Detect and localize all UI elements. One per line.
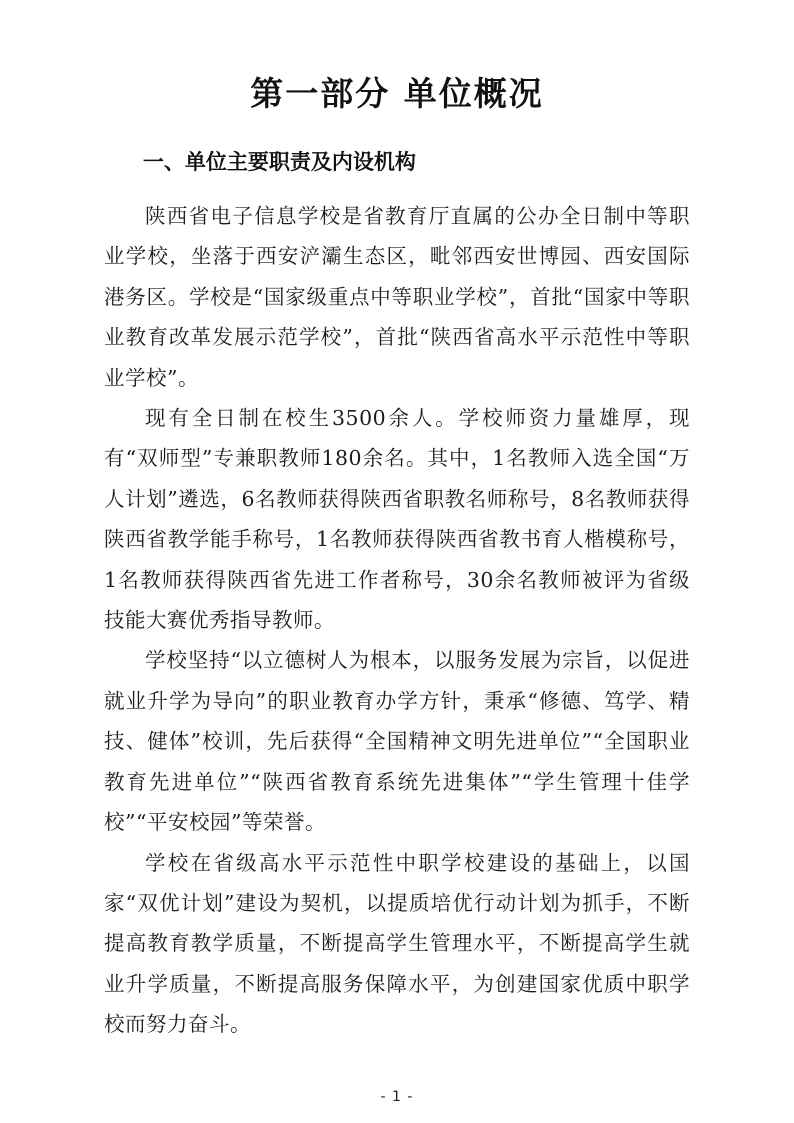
paragraph-development-goals: 学校在省级高水平示范性中职学校建设的基础上，以国家“双优计划”建设为契机，以提质… [104, 843, 690, 1045]
page-number: - 1 - [0, 1089, 794, 1105]
section-heading: 一、单位主要职责及内设机构 [104, 149, 690, 175]
paragraph-honors: 学校坚持“以立德树人为根本，以服务发展为宗旨，以促进就业升学为导向”的职业教育办… [104, 640, 690, 842]
page-content: 第一部分 单位概况 一、单位主要职责及内设机构 陕西省电子信息学校是省教育厅直属… [104, 72, 690, 1045]
body-text: 陕西省电子信息学校是省教育厅直属的公办全日制中等职业学校，坐落于西安浐灞生态区，… [104, 196, 690, 1045]
paragraph-students-teachers: 现有全日制在校生3500余人。学校师资力量雄厚，现有“双师型”专兼职教师180余… [104, 398, 690, 640]
document-title: 第一部分 单位概况 [104, 72, 690, 116]
document-page: 第一部分 单位概况 一、单位主要职责及内设机构 陕西省电子信息学校是省教育厅直属… [0, 0, 794, 1123]
paragraph-school-intro: 陕西省电子信息学校是省教育厅直属的公办全日制中等职业学校，坐落于西安浐灞生态区，… [104, 196, 690, 398]
